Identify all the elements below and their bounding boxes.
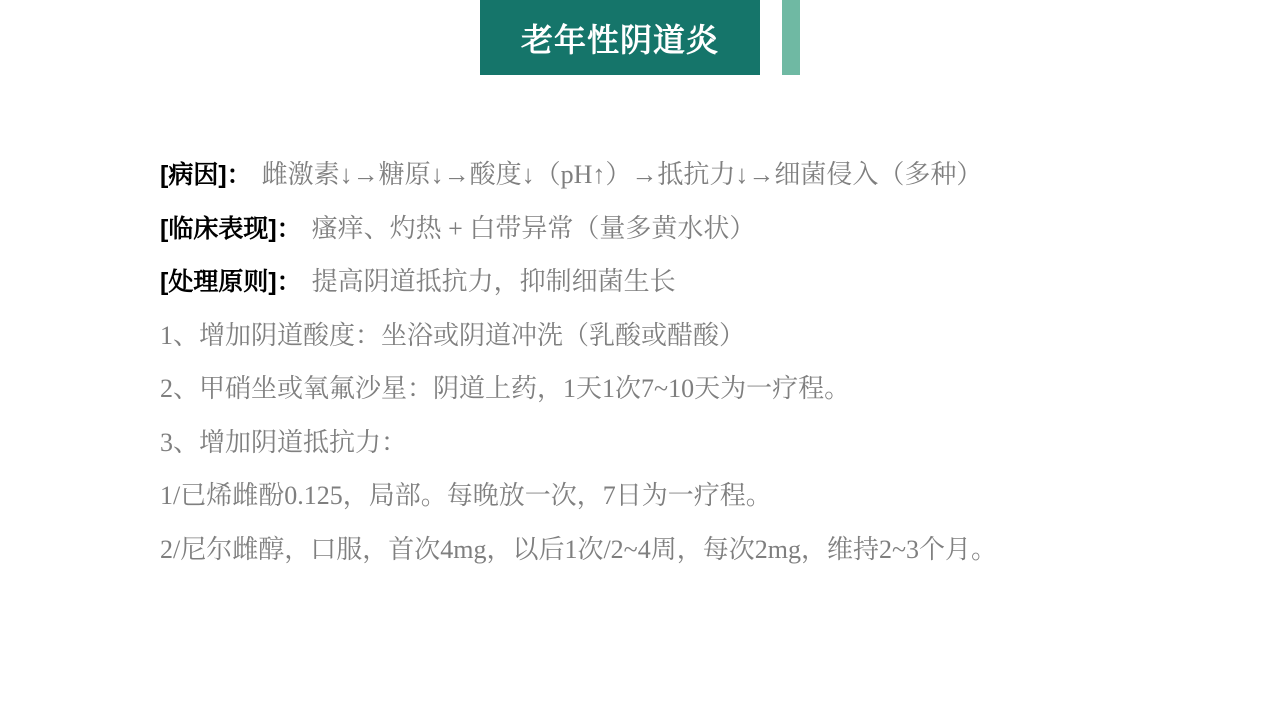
line-label: [临床表现]：: [160, 215, 302, 243]
line-label: [病因]：: [160, 161, 252, 189]
body-line-sub2: 2/尼尔雌醇，口服，首次4mg，以后1次/2~4周，每次2mg，维持2~3个月。: [160, 523, 1170, 577]
line-text: 1、增加阴道酸度：坐浴或阴道冲洗（乳酸或醋酸）: [160, 321, 745, 350]
body-line-item3: 3、增加阴道抵抗力：: [160, 416, 1170, 470]
line-text: 雌激素↓→糖原↓→酸度↓（pH↑）→抵抗力↓→细菌侵入（多种）: [262, 160, 983, 189]
line-text: 瘙痒、灼热 + 白带异常（量多黄水状）: [312, 214, 756, 243]
line-text: 1/已烯雌酚0.125，局部。每晚放一次，7日为一疗程。: [160, 481, 772, 510]
body-line-item2: 2、甲硝坐或氧氟沙星：阴道上药，1天1次7~10天为一疗程。: [160, 362, 1170, 416]
title-accent-bar: [782, 0, 800, 75]
line-label: [处理原则]：: [160, 268, 302, 296]
body-line-sub1: 1/已烯雌酚0.125，局部。每晚放一次，7日为一疗程。: [160, 469, 1170, 523]
body-line-principle: [处理原则]：提高阴道抵抗力，抑制细菌生长: [160, 255, 1170, 309]
body-line-item1: 1、增加阴道酸度：坐浴或阴道冲洗（乳酸或醋酸）: [160, 309, 1170, 363]
body-line-clinical: [临床表现]：瘙痒、灼热 + 白带异常（量多黄水状）: [160, 202, 1170, 256]
slide: { "slide": { "title": "老年性阴道炎", "colors"…: [0, 0, 1280, 720]
line-text: 2/尼尔雌醇，口服，首次4mg，以后1次/2~4周，每次2mg，维持2~3个月。: [160, 535, 997, 564]
line-text: 3、增加阴道抵抗力：: [160, 428, 407, 457]
slide-body: [病因]：雌激素↓→糖原↓→酸度↓（pH↑）→抵抗力↓→细菌侵入（多种） [临床…: [160, 148, 1170, 576]
slide-title-banner: 老年性阴道炎: [480, 0, 760, 75]
line-text: 提高阴道抵抗力，抑制细菌生长: [312, 267, 676, 296]
slide-title: 老年性阴道炎: [521, 15, 719, 61]
line-text: 2、甲硝坐或氧氟沙星：阴道上药，1天1次7~10天为一疗程。: [160, 374, 850, 403]
body-line-etiology: [病因]：雌激素↓→糖原↓→酸度↓（pH↑）→抵抗力↓→细菌侵入（多种）: [160, 148, 1170, 202]
